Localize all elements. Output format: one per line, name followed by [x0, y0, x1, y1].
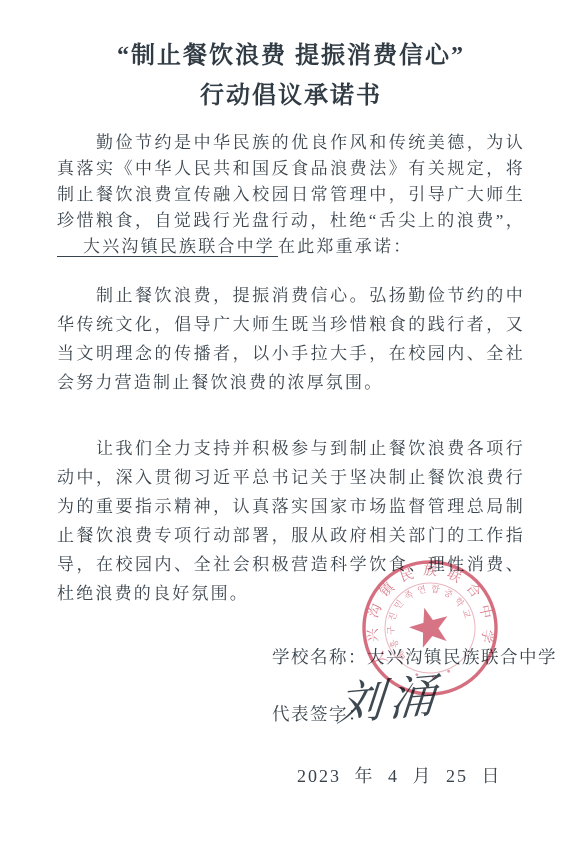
star-icon [407, 605, 450, 648]
document-title: “制止餐饮浪费 提振消费信心” 行动倡议承诺书 [0, 36, 582, 116]
document-page: “制止餐饮浪费 提振消费信心” 行动倡议承诺书 勤俭节约是中华民族的优良作风和传… [0, 0, 582, 852]
paragraph-pledge-intro: 勤俭节约是中华民族的优良作风和传统美德，为认真落实《中华人民共和国反食品浪费法》… [57, 130, 525, 260]
paragraph1-text: 勤俭节约是中华民族的优良作风和传统美德，为认真落实《中华人民共和国反食品浪费法》… [57, 133, 525, 230]
document-title-line2: 行动倡议承诺书 [0, 76, 582, 116]
date-line: 2023 年 4 月 25 日 [297, 762, 502, 788]
seal-bottom-marks [415, 670, 450, 680]
paragraph-commitment: 制止餐饮浪费，提振消费信心。弘扬勤俭节约的中华传统文化，倡导广大师生既当珍惜粮食… [57, 281, 525, 397]
school-seal-stamp: 大兴沟镇民族联合中学 대흥구진민족연합중학교 [349, 547, 512, 710]
school-name-label: 学校名称： [272, 647, 367, 667]
school-name-underlined: 大兴沟镇民族联合中学 [57, 237, 278, 257]
document-title-line1: “制止餐饮浪费 提振消费信心” [0, 36, 582, 76]
paragraph1-closing: 在此郑重承诺： [278, 237, 412, 256]
